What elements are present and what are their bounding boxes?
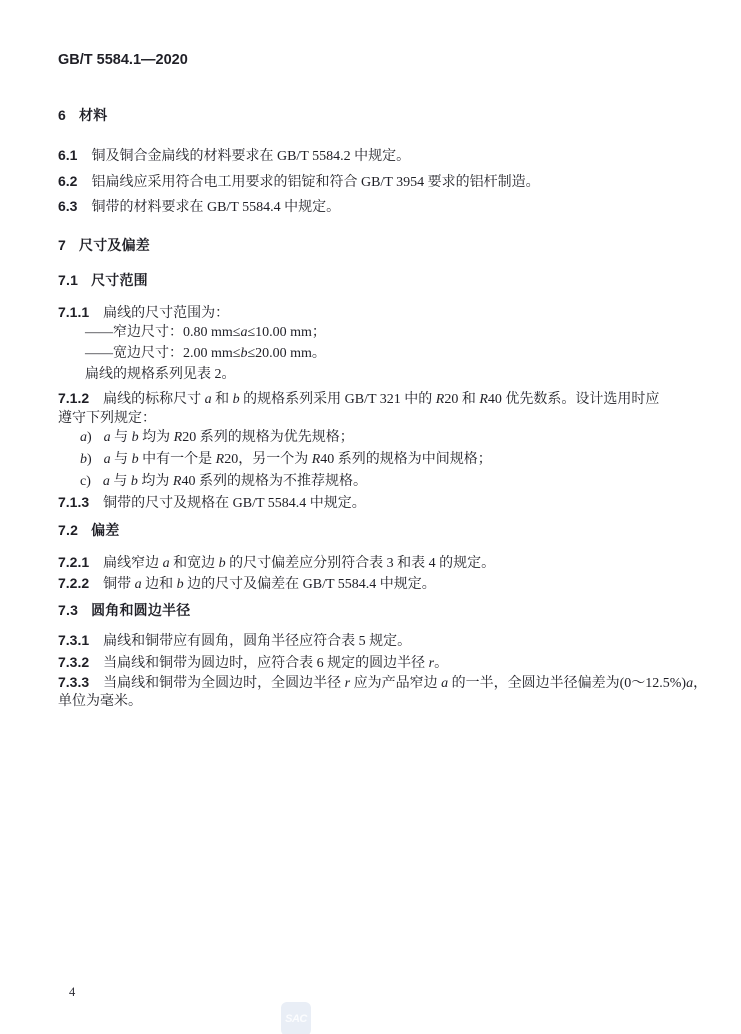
section-7-3-title: 圆角和圆边半径 xyxy=(91,602,190,618)
clause-7-1-3-text: 铜带的尺寸及规格在 GB/T 5584.4 中规定。 xyxy=(103,496,366,511)
clause-7-3-2-text: 当扁线和铜带为圆边时，应符合表 6 规定的圆边半径 r。 xyxy=(103,656,448,671)
clause-7-2-1: 7.2.1扁线窄边 a 和宽边 b 的尺寸偏差应分别符合表 3 和表 4 的规定… xyxy=(58,552,495,574)
page-number: 4 xyxy=(69,985,75,1000)
clause-6-1-text: 铜及铜合金扁线的材料要求在 GB/T 5584.2 中规定。 xyxy=(91,149,410,164)
sac-watermark-logo: SAC xyxy=(281,1002,311,1034)
clause-7-3-2-number: 7.3.2 xyxy=(58,652,89,672)
section-7-2-title: 偏差 xyxy=(91,522,119,538)
clause-6-1: 6.1铜及铜合金扁线的材料要求在 GB/T 5584.2 中规定。 xyxy=(58,145,410,167)
clause-6-2-text: 铝扁线应采用符合电工用要求的铝锭和符合 GB/T 3954 要求的铝杆制造。 xyxy=(91,175,539,190)
section-7-3-heading: 7.3圆角和圆边半径 xyxy=(58,600,190,620)
clause-7-3-1-number: 7.3.1 xyxy=(58,630,89,650)
clause-7-3-3-line1: 7.3.3当扁线和铜带为全圆边时，全圆边半径 r 应为产品窄边 a 的一半，全圆… xyxy=(58,672,707,694)
list-item-c-label: c) xyxy=(80,472,91,492)
clause-7-2-2-number: 7.2.2 xyxy=(58,573,89,593)
clause-7-1-2-line1: 7.1.2扁线的标称尺寸 a 和 b 的规格系列采用 GB/T 321 中的 R… xyxy=(58,388,659,410)
clause-7-1-2-text-line1: 扁线的标称尺寸 a 和 b 的规格系列采用 GB/T 321 中的 R20 和 … xyxy=(103,392,659,407)
doc-number-header: GB/T 5584.1—2020 xyxy=(58,50,188,70)
clause-7-2-1-number: 7.2.1 xyxy=(58,552,89,572)
list-item-c-text: a 与 b 均为 R40 系列的规格为不推荐规格。 xyxy=(103,474,367,489)
clause-7-3-1: 7.3.1扁线和铜带应有圆角，圆角半径应符合表 5 规定。 xyxy=(58,630,411,652)
clause-7-1-2-line2: 遵守下列规定： xyxy=(58,409,156,429)
clause-7-1-1-number: 7.1.1 xyxy=(58,302,89,322)
list-item-c: c)a 与 b 均为 R40 系列的规格为不推荐规格。 xyxy=(80,472,367,492)
list-item-a-text: a 与 b 均为 R20 系列的规格为优先规格； xyxy=(104,430,354,445)
section-7-heading: 7尺寸及偏差 xyxy=(58,235,150,255)
clause-6-2-number: 6.2 xyxy=(58,171,77,191)
clause-7-1-2-number: 7.1.2 xyxy=(58,388,89,408)
clause-7-3-3-number: 7.3.3 xyxy=(58,672,89,692)
section-7-title: 尺寸及偏差 xyxy=(79,237,150,253)
clause-6-1-number: 6.1 xyxy=(58,145,77,165)
section-7-1-title: 尺寸范围 xyxy=(91,272,148,288)
section-6-number: 6 xyxy=(58,105,66,125)
dash-item-wide-side: ——宽边尺寸：2.00 mm≤b≤20.00 mm。 xyxy=(85,344,326,364)
clause-7-1-1-note: 扁线的规格系列见表 2。 xyxy=(85,365,236,385)
clause-6-3-number: 6.3 xyxy=(58,196,77,216)
sac-logo-text: SAC xyxy=(285,1013,307,1025)
clause-7-2-2: 7.2.2铜带 a 边和 b 边的尺寸及偏差在 GB/T 5584.4 中规定。 xyxy=(58,573,436,595)
clause-7-1-1: 7.1.1扁线的尺寸范围为： xyxy=(58,302,229,324)
clause-6-3-text: 铜带的材料要求在 GB/T 5584.4 中规定。 xyxy=(91,200,340,215)
clause-6-3: 6.3铜带的材料要求在 GB/T 5584.4 中规定。 xyxy=(58,196,340,218)
document-page: GB/T 5584.1—2020 6材料 6.1铜及铜合金扁线的材料要求在 GB… xyxy=(0,0,741,1034)
clause-6-2: 6.2铝扁线应采用符合电工用要求的铝锭和符合 GB/T 3954 要求的铝杆制造… xyxy=(58,171,540,193)
clause-7-2-1-text: 扁线窄边 a 和宽边 b 的尺寸偏差应分别符合表 3 和表 4 的规定。 xyxy=(103,556,495,571)
section-7-number: 7 xyxy=(58,235,66,255)
section-6-title: 材料 xyxy=(79,107,107,123)
clause-7-1-3-number: 7.1.3 xyxy=(58,492,89,512)
section-7-3-number: 7.3 xyxy=(58,600,78,620)
section-7-2-heading: 7.2偏差 xyxy=(58,520,119,540)
section-6-heading: 6材料 xyxy=(58,105,107,125)
list-item-a: a)a 与 b 均为 R20 系列的规格为优先规格； xyxy=(80,428,354,448)
section-7-1-heading: 7.1尺寸范围 xyxy=(58,270,148,290)
clause-7-2-2-text: 铜带 a 边和 b 边的尺寸及偏差在 GB/T 5584.4 中规定。 xyxy=(103,577,436,592)
list-item-b-text: a 与 b 中有一个是 R20，另一个为 R40 系列的规格为中间规格； xyxy=(104,452,492,467)
dash-item-narrow-side: ——窄边尺寸：0.80 mm≤a≤10.00 mm； xyxy=(85,323,326,343)
list-item-b: b)a 与 b 中有一个是 R20，另一个为 R40 系列的规格为中间规格； xyxy=(80,450,492,470)
list-item-a-label: a) xyxy=(80,428,92,448)
clause-7-1-3: 7.1.3铜带的尺寸及规格在 GB/T 5584.4 中规定。 xyxy=(58,492,366,514)
section-7-1-number: 7.1 xyxy=(58,270,78,290)
section-7-2-number: 7.2 xyxy=(58,520,78,540)
clause-7-3-1-text: 扁线和铜带应有圆角，圆角半径应符合表 5 规定。 xyxy=(103,634,411,649)
clause-7-3-2: 7.3.2当扁线和铜带为圆边时，应符合表 6 规定的圆边半径 r。 xyxy=(58,652,448,674)
clause-7-3-3-text-line1: 当扁线和铜带为全圆边时，全圆边半径 r 应为产品窄边 a 的一半，全圆边半径偏差… xyxy=(103,676,707,691)
clause-7-3-3-line2: 单位为毫米。 xyxy=(58,692,142,712)
list-item-b-label: b) xyxy=(80,450,92,470)
clause-7-1-1-text: 扁线的尺寸范围为： xyxy=(103,306,229,321)
